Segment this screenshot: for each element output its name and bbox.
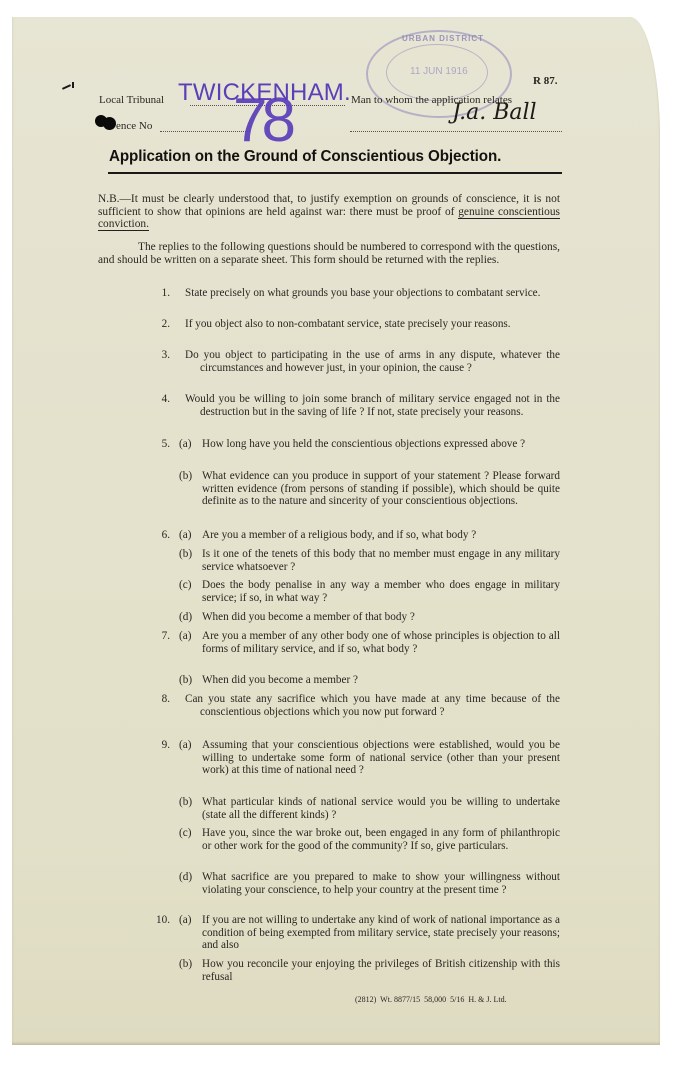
form-code: R 87. bbox=[533, 75, 557, 87]
question-text: What particular kinds of national servic… bbox=[202, 796, 560, 821]
question-number: 4. bbox=[152, 393, 170, 406]
question-text: Assuming that your conscientious objecti… bbox=[202, 739, 560, 777]
question-text: What sacrifice are you prepared to make … bbox=[202, 871, 560, 896]
question-text: Are you a member of a religious body, an… bbox=[202, 529, 560, 542]
question-text: When did you become a member ? bbox=[202, 674, 560, 687]
question-text: If you are not willing to undertake any … bbox=[202, 914, 560, 952]
question-number: 5. bbox=[152, 438, 170, 451]
question-number: 6. bbox=[152, 529, 170, 542]
applicant-signature: J.a. Ball bbox=[452, 100, 537, 125]
sub-label: (b) bbox=[179, 470, 192, 483]
instructions: The replies to the following questions s… bbox=[98, 241, 560, 266]
question-text: Are you a member of any other body one o… bbox=[202, 630, 560, 655]
stamp-text: URBAN DISTRICT bbox=[402, 34, 484, 43]
question-text: When did you become a member of that bod… bbox=[202, 611, 560, 624]
question-text: Is it one of the tenets of this body tha… bbox=[202, 548, 560, 573]
form-title: Application on the Ground of Conscientio… bbox=[109, 148, 552, 166]
sub-label: (a) bbox=[179, 914, 191, 927]
sub-label: (b) bbox=[179, 796, 192, 809]
sub-label: (c) bbox=[179, 579, 191, 592]
question-text: Do you object to participating in the us… bbox=[185, 349, 560, 374]
sub-label: (d) bbox=[179, 611, 192, 624]
question-text: What evidence can you produce in support… bbox=[202, 470, 560, 508]
sub-label: (d) bbox=[179, 871, 192, 884]
sub-label: (a) bbox=[179, 438, 191, 451]
question-number: 8. bbox=[152, 693, 170, 706]
sub-label: (b) bbox=[179, 674, 192, 687]
question-number: 2. bbox=[152, 318, 170, 331]
title-rule bbox=[108, 172, 562, 174]
question-number: 9. bbox=[152, 739, 170, 752]
nb-note: N.B.—It must be clearly understood that,… bbox=[98, 193, 560, 231]
question-text: Have you, since the war broke out, been … bbox=[202, 827, 560, 852]
question-text: State precisely on what grounds you base… bbox=[185, 287, 560, 300]
question-number: 10. bbox=[146, 914, 170, 927]
question-text: If you object also to non-combatant serv… bbox=[185, 318, 560, 331]
stamp-date: 11 JUN 1916 bbox=[410, 66, 468, 77]
question-text: Does the body penalise in any way a memb… bbox=[202, 579, 560, 604]
ink-blot bbox=[103, 117, 116, 130]
question-text: Can you state any sacrifice which you ha… bbox=[185, 693, 560, 718]
sub-label: (c) bbox=[179, 827, 191, 840]
sub-label: (a) bbox=[179, 739, 191, 752]
question-number: 7. bbox=[152, 630, 170, 643]
question-text: How long have you held the conscientious… bbox=[202, 438, 560, 451]
question-text: How you reconcile your enjoying the priv… bbox=[202, 958, 560, 983]
reference-label: ence No bbox=[116, 120, 152, 132]
question-number: 3. bbox=[152, 349, 170, 362]
sub-label: (a) bbox=[179, 630, 191, 643]
reference-number: 78 bbox=[233, 90, 290, 152]
question-number: 1. bbox=[152, 287, 170, 300]
sub-label: (b) bbox=[179, 958, 192, 971]
applicant-field-line bbox=[350, 131, 562, 132]
print-footer: (2812) Wt. 8877/15 58,000 5/16 H. & J. L… bbox=[355, 995, 507, 1004]
question-text: Would you be willing to join some branch… bbox=[185, 393, 560, 418]
sub-label: (a) bbox=[179, 529, 191, 542]
local-tribunal-label: Local Tribunal bbox=[99, 94, 164, 106]
sub-label: (b) bbox=[179, 548, 192, 561]
ink-mark bbox=[72, 82, 74, 88]
